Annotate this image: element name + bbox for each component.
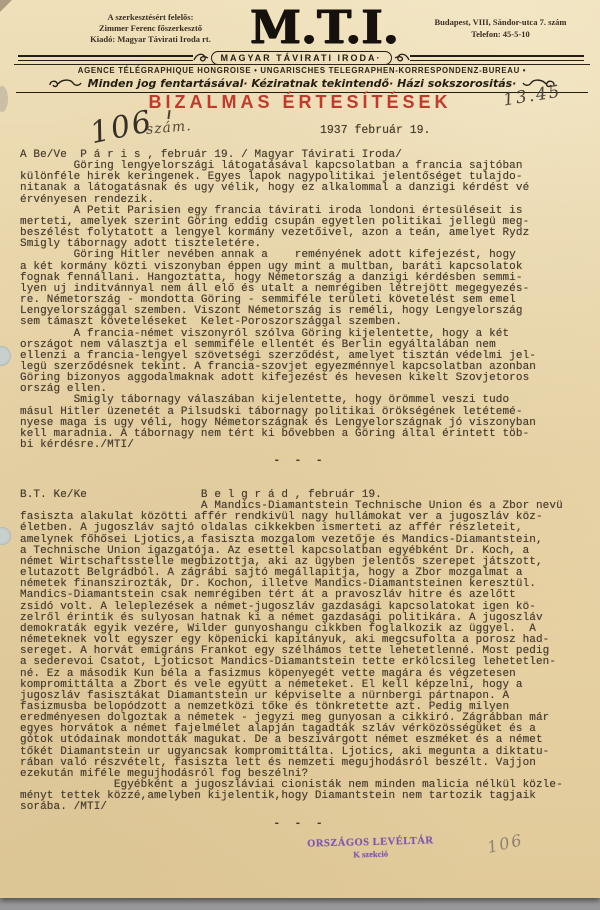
article-belgrad-text: B.T. Ke/Ke B e l g r á d , február 19. A… bbox=[20, 490, 563, 814]
scroll-ornament-icon bbox=[48, 78, 82, 90]
editor-block: A szerkesztésért felelős: Zimmer Ferenc … bbox=[58, 12, 243, 45]
flourish-icon bbox=[394, 52, 410, 64]
rights-notice: Minden jog fentartásával· Kéziratnak tek… bbox=[88, 77, 517, 90]
hole-punch bbox=[0, 527, 11, 545]
handwritten-issue-word: szám. bbox=[145, 118, 192, 138]
section-separator: - - - bbox=[0, 818, 600, 830]
address-block: Budapest, VIII, Sándor-utca 7. szám Tele… bbox=[408, 16, 593, 40]
flourish-icon bbox=[193, 52, 209, 64]
editor-line-1: A szerkesztésért felelős: bbox=[58, 12, 243, 23]
agency-name-hungarian: MAGYAR TÁVIRATI IRODA· bbox=[211, 51, 392, 65]
hole-punch bbox=[0, 346, 11, 366]
article-paris-text: A Be/Ve P á r i s , február 19. / Magyar… bbox=[20, 150, 536, 451]
address-line: Budapest, VIII, Sándor-utca 7. szám bbox=[408, 16, 593, 28]
dateline: 1937 február 19. bbox=[320, 124, 430, 137]
section-separator: - - - bbox=[0, 455, 600, 467]
agency-name-international: AGENCE TÉLÉGRAPHIQUE HONGROISE • UNGARIS… bbox=[14, 64, 590, 75]
pen-tick-mark bbox=[167, 110, 170, 119]
mti-logo: M.T.I. bbox=[222, 2, 427, 52]
editor-line-2: Zimmer Ferenc főszerkesztő bbox=[58, 23, 243, 34]
archive-stamp: ORSZÁGOS LEVÉLTÁR K szekció bbox=[288, 835, 454, 861]
phone-line: Telefon: 45-5-10 bbox=[408, 28, 593, 40]
banner-hungarian-row: MAGYAR TÁVIRATI IRODA· bbox=[18, 51, 584, 65]
document-page: A szerkesztésért felelős: Zimmer Ferenc … bbox=[0, 0, 600, 898]
rule-right bbox=[410, 55, 585, 61]
document-scan: A szerkesztésért felelős: Zimmer Ferenc … bbox=[0, 0, 600, 910]
handwritten-page-number: 106 bbox=[485, 830, 525, 857]
rule-left bbox=[18, 55, 193, 61]
editor-line-3: Kiadó: Magyar Távirati Iroda rt. bbox=[58, 34, 243, 45]
corner-smudge bbox=[0, 0, 12, 12]
